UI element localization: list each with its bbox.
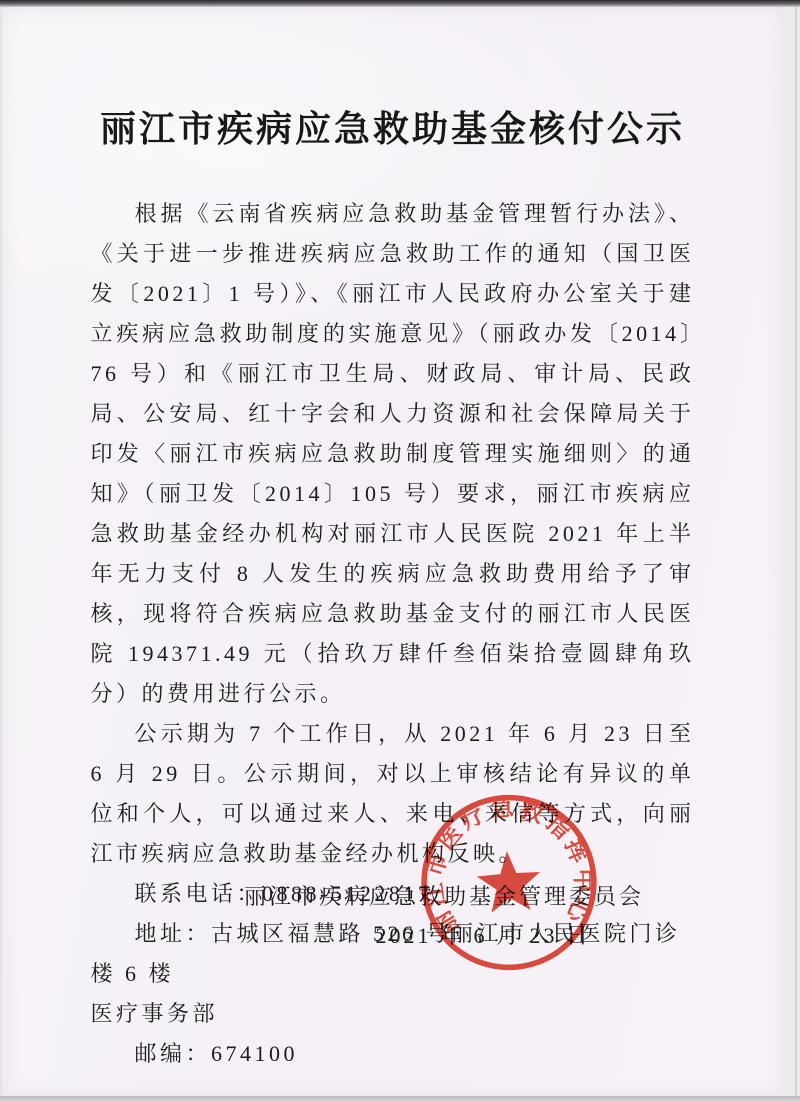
scan-edge-line <box>795 0 797 1102</box>
signature-block: 丽江市疾病应急救助基金管理委员会 2021 年 6 月 23 日 <box>0 878 781 956</box>
contact-postcode: 邮编：674100 <box>91 1034 695 1074</box>
signature-date: 2021 年 6 月 23 日 <box>0 916 781 956</box>
contact-address-line2: 医疗事务部 <box>91 994 695 1034</box>
document-title: 丽江市疾病应急救助基金核付公示 <box>2 101 783 152</box>
document-body: 根据《云南省疾病应急救助基金管理暂行办法》、《关于进一步推进疾病应急救助工作的通… <box>91 194 695 874</box>
scan-bottom-edge <box>0 1096 800 1102</box>
scan-right-margin <box>783 0 800 1102</box>
signature-organization: 丽江市疾病应急救助基金管理委员会 <box>0 878 781 916</box>
official-seal-icon: 丽江市医疗急救指挥中心 <box>406 778 611 989</box>
seal-star-icon <box>475 849 543 914</box>
paragraph-basis: 根据《云南省疾病应急救助基金管理暂行办法》、《关于进一步推进疾病应急救助工作的通… <box>91 194 695 714</box>
scan-top-edge <box>0 0 800 7</box>
paragraph-publicity-period: 公示期为 7 个工作日，从 2021 年 6 月 23 日至 6 月 29 日。… <box>91 714 695 874</box>
